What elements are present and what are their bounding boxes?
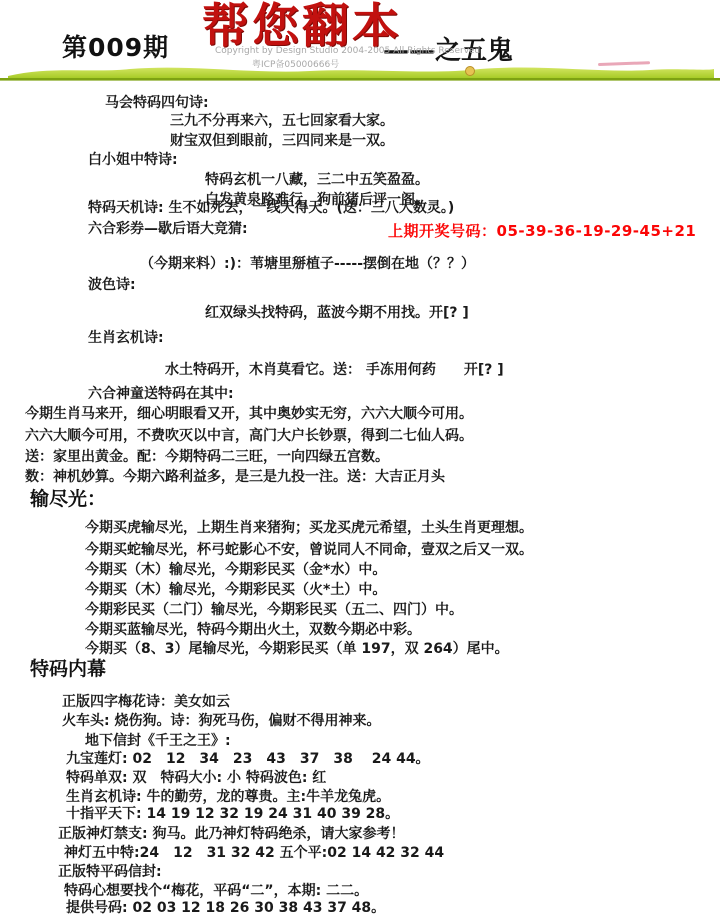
shentong-line-2: 六六大顺今可用，不费吹灭以中言，高门大户长钞票，得到二七仙人码。 <box>25 428 473 445</box>
lailiao-line: （今期来料）:)：苇塘里掰植子-----摆倒在地（？？） <box>140 256 475 273</box>
page-title: 帮您翻本 <box>202 2 402 52</box>
shengxiao-line: 水土特码开，木肖莫看它。送： 手冻用何药 开[? ] <box>165 362 504 379</box>
bai-line-1: 特码玄机一八藏，三二中五笑盈盈。 <box>205 172 429 189</box>
neimu-title: 特码内幕 <box>30 658 106 680</box>
shentong-line-3: 送：家里出黄金。配：今期特码二三旺，一向四绿五宫数。 <box>25 449 389 466</box>
mahui-line-2: 财宝双但到眼前，三四同来是一双。 <box>170 133 394 150</box>
shujinguang-line-1: 今期买虎输尽光，上期生肖来猪狗；买龙买虎元希望，土头生肖更理想。 <box>85 520 533 537</box>
neimu-line-6: 生肖玄机诗: 牛的勤劳，龙的尊贵。主:牛羊龙兔虎。 <box>66 789 390 806</box>
shujinguang-line-7: 今期买（8、3）尾输尽光，今期彩民买（单 197，双 264）尾中。 <box>85 641 509 658</box>
copyright-watermark: Copyright by Design Studio 2004-2005 All… <box>215 46 480 56</box>
tianji-line: 特码天机诗: 生不如死去，一线天得天。(送：三八大数灵。) <box>88 200 454 217</box>
liuhe-title: 六合彩券—歇后语大竞猜: <box>88 221 248 238</box>
bose-line: 红双绿头找特码，蓝波今期不用找。开[? ] <box>205 305 469 322</box>
neimu-line-10: 正版特平码信封: <box>58 864 162 881</box>
pink-streak <box>598 61 650 66</box>
neimu-line-5: 特码单双: 双 特码大小: 小 特码波色: 红 <box>66 770 326 787</box>
neimu-line-2: 火车头: 烧伤狗。诗：狗死马伤，偏财不得用神来。 <box>62 713 380 730</box>
last-draw-result: 上期开奖号码：05-39-36-19-29-45+21 <box>388 220 696 241</box>
mahui-title: 马会特码四句诗: <box>105 95 209 112</box>
grass-baseline <box>0 78 720 81</box>
shujinguang-title: 输尽光： <box>30 488 106 510</box>
shentong-line-4: 数：神机妙算。今期六路利益多，是三是九投一注。送：大吉正月头 <box>25 469 445 486</box>
neimu-line-8: 正版神灯禁支: 狗马。此乃神灯特码绝杀，请大家参考！ <box>58 826 404 843</box>
shentong-line-1: 今期生肖马来开，细心明眼看又开，其中奥妙实无穷，六六大顺今可用。 <box>25 406 473 423</box>
shujinguang-line-3: 今期买（木）输尽光，今期彩民买（金*水）中。 <box>85 562 386 579</box>
ladybug-icon <box>466 67 475 76</box>
shujinguang-line-2: 今期买蛇输尽光，杯弓蛇影心不安，曾说同人不同命，壹双之后又一双。 <box>85 542 533 559</box>
neimu-line-12: 提供号码: 02 03 12 18 26 30 38 43 37 48。 <box>66 900 385 916</box>
shujinguang-line-6: 今期买蓝输尽光，特码今期出火土，双数今期必中彩。 <box>85 622 421 639</box>
neimu-line-11: 特码心想要找个“梅花，平码“二”，本期: 二二。 <box>64 883 368 900</box>
mahui-line-1: 三九不分再来六，五七回家看大家。 <box>170 113 394 130</box>
shujinguang-line-4: 今期买（木）输尽光，今期彩民买（火*土）中。 <box>85 582 386 599</box>
tip-sheet-page: 第009期 帮您翻本 ——之五鬼 Copyright by Design Stu… <box>0 0 720 916</box>
last-draw-label: 上期开奖号码： <box>388 222 497 240</box>
issue-number: 第009期 <box>62 28 169 64</box>
grass-divider-graphic <box>0 60 720 84</box>
neimu-line-3: 地下信封《千王之王》: <box>85 733 231 750</box>
neimu-line-9: 神灯五中特:24 12 31 32 42 五个平:02 14 42 32 44 <box>64 845 444 862</box>
neimu-line-7: 十指平天下: 14 19 12 32 19 24 31 40 39 28。 <box>66 806 399 823</box>
neimu-line-1: 正版四字梅花诗：美女如云 <box>62 694 230 711</box>
bai-title: 白小姐中特诗: <box>88 152 178 169</box>
shentong-title: 六合神童送特码在其中: <box>88 386 234 403</box>
neimu-line-4: 九宝莲灯: 02 12 34 23 43 37 38 24 44。 <box>66 751 430 768</box>
last-draw-numbers: 05-39-36-19-29-45+21 <box>497 222 697 240</box>
bose-title: 波色诗: <box>88 277 136 294</box>
shujinguang-line-5: 今期彩民买（二门）输尽光，今期彩民买（五二、四门）中。 <box>85 602 463 619</box>
shengxiao-title: 生肖玄机诗: <box>88 330 164 347</box>
